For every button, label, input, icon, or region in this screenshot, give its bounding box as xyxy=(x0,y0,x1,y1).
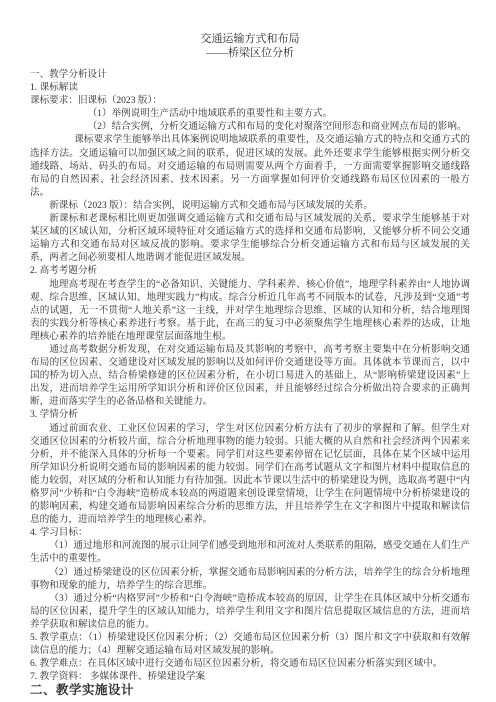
section4-heading: 4. 学习目标： xyxy=(30,526,470,539)
section2-heading: 2. 高考考题分析 xyxy=(30,264,470,277)
section1-heading: 1. 课标解读 xyxy=(30,81,470,94)
section2-paragraph-1: 地理高考现在考查学生的“必备知识、关键能力、学科素养、核心价值”，地理学科素养由… xyxy=(30,278,470,343)
section1-list-item-1: （1）举例说明生产活动中地域联系的重要性和主要方式。 xyxy=(30,107,470,120)
section1-paragraph-curriculum-new: 新课标（2023 版）：结合实例，说明运输方式和交通布局与区域发展的关系。 xyxy=(30,199,470,212)
section1-paragraph-comparison: 新课标和老课标相比则更加强调交通运输方式和交通布局与区域发展的关系，要求学生能够… xyxy=(30,212,470,264)
section1-list-item-2: （2）结合实例，分析交通运输方式和布局的变化对聚落空间形态和商业网点布局的影响。 xyxy=(30,120,470,133)
section1-paragraph-requirements: 课标要求学生能够举出具体案例说明地域联系的重要性，及交通运输方式的特点和交通方式… xyxy=(30,133,470,198)
document-title-block: 交通运输方式和布局 ——桥梁区位分析 xyxy=(30,33,470,60)
section6-teaching-difficulty: 6. 教学难点：在具体区域中进行交通布局区位因素分析，将交通布局区位因素分析落实… xyxy=(30,657,470,670)
section2-paragraph-2: 通过高考数据分析发现，在对交通运输布局及其影响的考察中，高考考察主要集中在分析影… xyxy=(30,343,470,408)
section4-objective-3: （3）通过分析“内格罗河”少桥和“白令海峡”造桥成本较高的原因，让学生在具体区域… xyxy=(30,592,470,631)
section4-objective-2: （2）通过桥梁建设的区位因素分析，掌握交通布局影响因素的分析方法，培养学生的综合… xyxy=(30,566,470,592)
document-title-line2: ——桥梁区位分析 xyxy=(30,47,470,61)
document-page: 交通运输方式和布局 ——桥梁区位分析 一、教学分析设计 1. 课标解读 课标要求… xyxy=(0,0,496,702)
section5-teaching-focus: 5. 教学重点：（1）桥梁建设区位因素分析；（2）交通布局区位因素分析（3）图片… xyxy=(30,631,470,657)
heading-part2: 二、教学实施设计 xyxy=(30,683,470,697)
document-title-line1: 交通运输方式和布局 xyxy=(30,33,470,47)
section1-paragraph-curriculum-old: 课标要求：旧课标（2023 版）： xyxy=(30,94,470,107)
section7-teaching-materials: 7. 教学资料： 多媒体课件、桥梁建设学案 xyxy=(30,670,470,683)
section3-heading: 3. 学情分析 xyxy=(30,408,470,421)
section3-paragraph-1: 通过前面农业、工业区位因素的学习，学生对区位因素分析方法有了初步的掌握和了解。但… xyxy=(30,422,470,527)
section4-objective-1: （1）通过地形和河流图的展示让同学们感受到地形和河流对人类联系的阻隔，感受交通在… xyxy=(30,539,470,565)
heading-part1: 一、教学分析设计 xyxy=(30,68,470,81)
